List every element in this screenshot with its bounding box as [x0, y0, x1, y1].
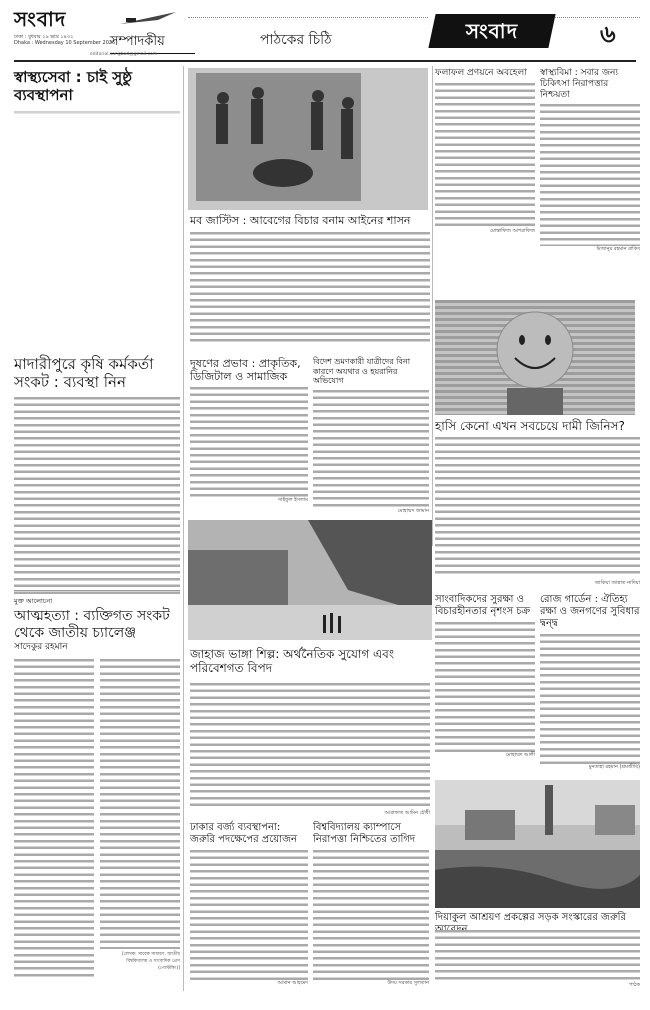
date-line: ঢাকা : বুধবার ২৯ ভাদ্র ১৪৩২Dhaka : Wedne…: [14, 34, 115, 46]
article-fluoride: ফলাফল প্রণয়নে অবহেলা মোস্তাফিজ আশরাফিজ: [435, 68, 535, 236]
headline: বিশ্ববিদ্যালয় ক্যাম্পাসে নিরাপত্তা নিশ্…: [313, 822, 429, 846]
article-body: [540, 104, 640, 246]
article-madaripur: মাদারীপুরে কৃষি কর্মকর্তা সংকট : ব্যবস্থ…: [14, 355, 180, 597]
article-campus-safety: বিশ্ববিদ্যালয় ক্যাম্পাসে নিরাপত্তা নিশ্…: [313, 822, 429, 988]
article-body: [190, 387, 308, 497]
byline: মোহাম্মদ জামান: [313, 508, 429, 516]
byline: মিজানুর রহমান রাকিব: [540, 246, 640, 254]
article-body-smile: [435, 437, 640, 577]
byline: আমান আহমেদ: [190, 980, 308, 988]
headline-shipbreaking: জাহাজ ভাঙ্গা শিল্প: অর্থনৈতিক সুযোগ এবং …: [190, 647, 430, 676]
headline: ফলাফল প্রণয়নে অবহেলা: [435, 68, 535, 79]
byline-shipbreaking: আরাফাত আমিন চৌধী: [310, 810, 430, 818]
byline: মুনতাহা রহমান (শ্রমজীবি): [540, 764, 640, 772]
byline: উদয় সরকার সুলতান: [313, 980, 429, 988]
article-body-mob-justice: [190, 232, 430, 342]
article-body-col2: [100, 659, 180, 949]
page-title: পাঠকের চিঠি: [260, 28, 332, 52]
headline: বিদেশ ভ্রমণকারী যাত্রীদের বিনা কারণে অযথ…: [313, 357, 429, 386]
headline-smile: হাসি কেনো এখন সবচেয়ে দামী জিনিস?: [435, 419, 645, 433]
newspaper-logo: সংবাদ: [428, 14, 555, 48]
article-journalists: সাংবাদিকদের সুরক্ষা ও বিচারহীনতার নৃশংস …: [435, 594, 535, 760]
article-body-shipbreaking: [190, 683, 430, 808]
article-health-insurance: স্বাস্থ্যবিমা : সবার জন্য চিকিৎসা নিরাপত…: [540, 68, 640, 254]
byline: সাইফুল ইসলাম: [190, 497, 308, 505]
article-body: [435, 622, 535, 752]
byline: মোস্তাফিজ আশরাফিজ: [435, 228, 535, 236]
logo-text: সংবাদ: [432, 14, 552, 48]
author: সাদেকুর রহমান: [14, 642, 180, 653]
headline: মাদারীপুরে কৃষি কর্মকর্তা সংকট : ব্যবস্থ…: [14, 355, 180, 391]
quill-pen-icon: [118, 10, 178, 26]
article-body-diakul: [435, 930, 640, 980]
article-pollution: দূষণের প্রভাব : প্রাকৃতিক, ডিজিটাল ও সাম…: [190, 357, 308, 505]
editorial-email[interactable]: editorial.sangbad@gmail.com: [90, 52, 157, 57]
masthead-logo: সংবাদ: [14, 8, 112, 30]
column-divider: [183, 66, 184, 991]
headline: সাংবাদিকদের সুরক্ষা ও বিচারহীনতার নৃশংস …: [435, 594, 535, 618]
byline: মোহাম্মদ আলী: [435, 752, 535, 760]
article-foreign-travel: বিদেশ ভ্রমণকারী যাত্রীদের বিনা কারণে অযথ…: [313, 357, 429, 516]
headline: রোজ গার্ডেন : ঐতিহ্য রক্ষা ও জনগণের সুবি…: [540, 594, 640, 630]
article-body: [435, 83, 535, 228]
smiley-ball-image: [435, 300, 635, 415]
article-dhaka-waste: ঢাকার বর্জ্য ব্যবস্থাপনা: জরুরি পদক্ষেপে…: [190, 822, 308, 988]
article-body: [540, 634, 640, 764]
headline: স্বাস্থ্যবিমা : সবার জন্য চিকিৎসা নিরাপত…: [540, 68, 640, 100]
article-body: [313, 850, 429, 980]
byline-smile: জাকিয়া জান্নাত নাদিয়া: [540, 580, 640, 588]
headline-mob-justice: মব জাস্টিস : আবেগের বিচার বনাম আইনের শাস…: [190, 214, 430, 227]
kicker: মুক্ত আলোচনা: [14, 598, 180, 606]
headline: স্বাস্থ্যসেবা : চাই সুষ্ঠু ব্যবস্থাপনা: [14, 68, 180, 104]
article-body: [14, 397, 180, 597]
column-divider: [432, 66, 433, 546]
page-number: ৬: [600, 16, 616, 56]
section-label: সম্পাদকীয়: [110, 32, 195, 54]
village-road-image: [435, 780, 640, 908]
divider: [555, 17, 640, 18]
headline: ঢাকার বর্জ্য ব্যবস্থাপনা: জরুরি পদক্ষেপে…: [190, 822, 308, 846]
date-english: Dhaka : Wednesday 10 September 2025: [14, 40, 115, 46]
footnote: [লেখক: সাবেক সাধারণ, জাতীয় বিশ্ববিদ্যাল…: [104, 951, 180, 972]
article-rose-garden: রোজ গার্ডেন : ঐতিহ্য রক্ষা ও জনগণের সুবি…: [540, 594, 640, 772]
article-body-col1: [14, 659, 94, 979]
article-suicide: মুক্ত আলোচনা আত্মহত্যা : ব্যক্তিগত সংকট …: [14, 598, 180, 972]
byline-diakul: পাঠক: [540, 982, 640, 990]
article-body: [190, 850, 308, 980]
mob-violence-image: [188, 68, 428, 210]
ship-breaking-image: [188, 520, 432, 640]
divider: [188, 17, 428, 18]
header-rule: [14, 60, 636, 62]
headline: আত্মহত্যা : ব্যক্তিগত সংকট থেকে জাতীয় চ…: [14, 608, 180, 642]
divider: [14, 590, 180, 591]
headline: দূষণের প্রভাব : প্রাকৃতিক, ডিজিটাল ও সাম…: [190, 357, 308, 383]
article-body: [313, 390, 429, 508]
